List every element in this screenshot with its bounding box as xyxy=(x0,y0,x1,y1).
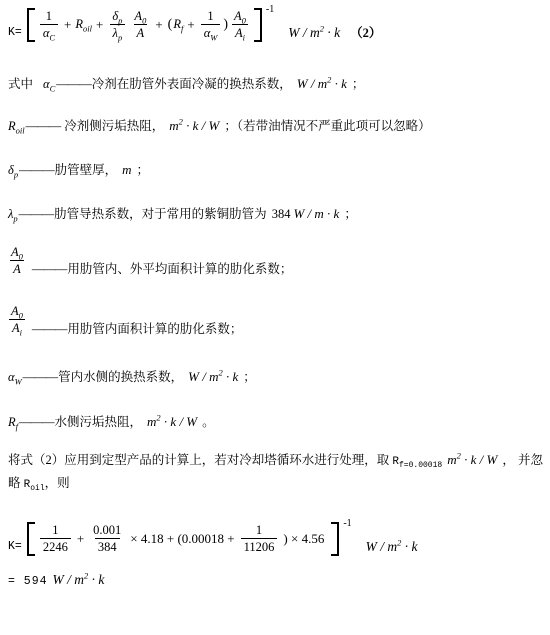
where-prefix: 式中 xyxy=(8,77,33,91)
plus-operator: + xyxy=(155,17,162,33)
unit-text: · k xyxy=(88,572,104,587)
definition-dash: ——— xyxy=(32,322,67,337)
numerator: δp xyxy=(109,8,125,24)
denominator: 2246 xyxy=(40,538,71,555)
unit-w-m2k: W / m2 · k xyxy=(366,539,418,555)
definition-text: 冷剂侧污垢热阻， xyxy=(61,119,164,133)
definition-dash: ——— xyxy=(19,207,54,221)
numerator: A0 xyxy=(231,8,249,24)
plus-operator: + xyxy=(64,17,71,33)
numerator: 1 xyxy=(253,522,265,538)
k-equals: K= xyxy=(8,540,22,553)
unit-w-m2k: W / m2 · k xyxy=(53,572,105,587)
left-bracket xyxy=(27,8,35,42)
equation-numeric: K= 1 2246 + 0.001 384 × 4.18 + (0.00018 … xyxy=(8,522,550,556)
definition-tail: ； xyxy=(230,319,243,337)
unit-m2k-w: m2 · k / W xyxy=(447,452,497,467)
a-symbol: A xyxy=(11,245,19,259)
subscript-i: i xyxy=(20,328,22,338)
definition-tail: ； xyxy=(243,370,256,384)
subscript-oil: oil xyxy=(16,125,25,135)
definition-text: 冷剂在肋管外表面冷凝的换热系数， xyxy=(92,77,292,91)
definition-text: 用肋管内面积计算的肋化系数 xyxy=(67,319,230,337)
result-value: = 594 xyxy=(8,575,48,588)
definition-a0-ai: A0 Ai ———用肋管内面积计算的肋化系数； xyxy=(8,303,550,337)
denominator-a-mean: A xyxy=(134,24,148,41)
unit-text: W / m xyxy=(366,539,398,554)
definition-tail: ； xyxy=(352,77,365,91)
frac-a0-over-amean: A0 A xyxy=(8,244,26,278)
numerator: 1 xyxy=(204,8,216,24)
denominator: λp xyxy=(110,24,126,41)
numerator: A0 xyxy=(131,8,149,24)
definition-tail: ； xyxy=(344,207,357,221)
definition-text: 水侧污垢热阻， xyxy=(55,415,143,429)
subscript-p: p xyxy=(118,33,122,43)
r-symbol: R xyxy=(75,17,83,31)
definition-r-oil: Roil——— 冷剂侧污垢热阻，m2 · k / W；（若带油情况不严重此项可以… xyxy=(8,116,550,134)
unit-text: m xyxy=(169,118,178,133)
r-symbol: R xyxy=(392,456,399,468)
exponent-minus-1: -1 xyxy=(343,518,351,529)
definition-tail: ； xyxy=(280,259,293,277)
unit-text: · k xyxy=(324,206,340,221)
definition-dash: ——— xyxy=(19,163,54,177)
a-symbol: A xyxy=(12,321,20,335)
unit-text: W / m xyxy=(188,369,218,384)
paragraph-text: ，则 xyxy=(45,476,70,490)
r-symbol: R xyxy=(8,119,16,133)
equation-2-symbolic: K= 1 αC + Roil + δp λp A0 A + ( Rf + 1 α… xyxy=(8,8,550,42)
subscript-i: i xyxy=(243,33,245,43)
subscript-f: f xyxy=(16,421,18,431)
subscript-c: C xyxy=(50,83,56,93)
left-bracket xyxy=(27,522,35,556)
k-equals: K= xyxy=(8,26,22,39)
right-bracket xyxy=(331,522,339,556)
subscript-oil: oil xyxy=(30,484,44,493)
numerator: A0 xyxy=(8,244,26,260)
denominator: Ai xyxy=(9,319,25,336)
right-bracket xyxy=(254,8,262,42)
denominator: αW xyxy=(201,24,221,41)
equation-number: （2） xyxy=(350,23,381,41)
conductivity-value: 384 xyxy=(272,207,291,221)
frac-delta-over-lambda: δp λp xyxy=(109,8,125,42)
numerator: 0.001 xyxy=(90,522,124,538)
middle-terms: × 4.18 + (0.00018 + xyxy=(130,531,234,547)
definition-alpha-c: 式中αC———冷剂在肋管外表面冷凝的换热系数，W / m2 · k； xyxy=(8,74,550,92)
plus-operator: + xyxy=(187,17,194,33)
right-paren: ) xyxy=(223,17,228,33)
definition-lambda-p: λp———肋管导热系数，对于常用的紫铜肋管为384W / m · k； xyxy=(8,204,550,222)
unit-text: W / m xyxy=(293,206,323,221)
unit-text: · k / W xyxy=(183,118,219,133)
unit-w-mk: W / m · k xyxy=(293,206,339,221)
definition-tail: 。 xyxy=(202,415,215,429)
definition-tail: ；（若带油情况不严重此项可以忽略） xyxy=(224,119,430,133)
a-bar-symbol: A xyxy=(137,26,145,40)
paragraph-text: 将式（2）应用到定型产品的计算上，若对冷却塔循环水进行处理，取 xyxy=(8,453,392,467)
unit-w-m2k: W / m2 · k xyxy=(288,25,340,41)
result-line: = 594W / m2 · k xyxy=(8,572,550,588)
frac-0001-over-384: 0.001 384 xyxy=(90,522,124,556)
denominator: αC xyxy=(40,24,58,41)
definition-text: 管内水侧的换热系数， xyxy=(58,370,183,384)
frac-a0-over-ai: A0 Ai xyxy=(231,8,249,42)
unit-text: W / m xyxy=(288,25,320,40)
document-page: K= 1 αC + Roil + δp λp A0 A + ( Rf + 1 α… xyxy=(0,8,550,635)
unit-m2k-w: m2 · k / W xyxy=(147,414,197,429)
numerator: 1 xyxy=(49,522,61,538)
numerator: 1 xyxy=(43,8,55,24)
definition-tail: ； xyxy=(136,163,149,177)
unit-text: W / m xyxy=(297,76,327,91)
definition-dash: ——— xyxy=(23,370,58,384)
numerator: A0 xyxy=(8,303,26,319)
unit-text: · k xyxy=(223,369,239,384)
denominator: Ai xyxy=(232,24,248,41)
r-oil-symbol: Roil xyxy=(8,119,25,133)
definition-delta-p: δp———肋管壁厚，m； xyxy=(8,160,550,178)
a-bar-symbol: A xyxy=(13,262,21,276)
unit-w-m2k: W / m2 · k xyxy=(188,369,238,384)
subscript-f-value: f=0.00018 xyxy=(399,461,442,470)
definition-text: 肋管导热系数，对于常用的紫铜肋管为 xyxy=(54,207,267,221)
unit-text: m xyxy=(122,162,131,177)
unit-text: · k xyxy=(401,539,417,554)
definition-dash: ——— xyxy=(19,415,54,429)
subscript-w: W xyxy=(15,376,22,386)
alpha-c-symbol: αC xyxy=(43,77,55,91)
lambda-p-symbol: λp xyxy=(8,207,18,221)
definition-dash: ——— xyxy=(26,119,61,133)
exponent-minus-1: -1 xyxy=(266,4,274,15)
unit-text: · k xyxy=(324,25,340,40)
a-symbol: A xyxy=(234,9,242,23)
frac-1-over-11206: 1 11206 xyxy=(241,522,278,556)
unit-m: m xyxy=(122,162,131,177)
unit-text: W / m xyxy=(53,572,85,587)
r-f-symbol: Rf xyxy=(8,415,18,429)
denominator: 11206 xyxy=(241,538,278,555)
subscript-f: f xyxy=(181,24,183,34)
definition-dash: ——— xyxy=(32,262,67,277)
definition-text: 用肋管内、外平均面积计算的肋化系数 xyxy=(67,259,280,277)
r-oil-term: Roil xyxy=(75,17,92,32)
denominator-a-mean: A xyxy=(10,260,24,277)
frac-one-over-alpha-c: 1 αC xyxy=(40,8,58,42)
a-symbol: A xyxy=(235,26,243,40)
definition-dash: ——— xyxy=(56,77,91,91)
plus-operator: + xyxy=(96,17,103,33)
plus-operator: + xyxy=(77,531,84,547)
a-symbol: A xyxy=(134,9,142,23)
unit-text: · k xyxy=(331,76,347,91)
subscript-c: C xyxy=(49,33,55,43)
frac-a0-over-amean: A0 A xyxy=(131,8,149,42)
subscript-oil: oil xyxy=(83,24,92,34)
unit-text: · k / W xyxy=(161,414,197,429)
unit-text: · k / W xyxy=(461,452,497,467)
definition-a0-amean: A0 A ———用肋管内、外平均面积计算的肋化系数； xyxy=(8,244,550,278)
r-f-value-symbol: Rf=0.00018 xyxy=(392,456,442,468)
unit-w-m2k: W / m2 · k xyxy=(297,76,347,91)
definition-r-f: Rf———水侧污垢热阻，m2 · k / W。 xyxy=(8,412,550,430)
frac-1-over-2246: 1 2246 xyxy=(40,522,71,556)
r-symbol: R xyxy=(173,17,181,31)
unit-m2k-w: m2 · k / W xyxy=(169,118,219,133)
definition-alpha-w: αW———管内水侧的换热系数，W / m2 · k； xyxy=(8,367,550,385)
left-paren: ( xyxy=(168,17,173,33)
application-paragraph: 将式（2）应用到定型产品的计算上，若对冷却塔循环水进行处理，取 Rf=0.000… xyxy=(8,448,544,497)
a-symbol: A xyxy=(11,304,19,318)
r-symbol: R xyxy=(8,415,16,429)
denominator: 384 xyxy=(95,538,120,555)
r-oil-symbol: Roil xyxy=(24,479,45,491)
definition-text: 肋管壁厚， xyxy=(55,163,118,177)
closing-terms: ) × 4.56 xyxy=(283,531,324,547)
unit-text: m xyxy=(447,452,456,467)
frac-one-over-alpha-w: 1 αW xyxy=(201,8,221,42)
delta-p-symbol: δp xyxy=(8,163,18,177)
r-f-term: Rf xyxy=(173,17,183,32)
subscript-p: p xyxy=(14,169,18,179)
subscript-w: W xyxy=(210,33,217,43)
unit-text: m xyxy=(147,414,156,429)
frac-a0-over-ai: A0 Ai xyxy=(8,303,26,337)
subscript-p: p xyxy=(13,213,17,223)
alpha-w-symbol: αW xyxy=(8,370,22,384)
